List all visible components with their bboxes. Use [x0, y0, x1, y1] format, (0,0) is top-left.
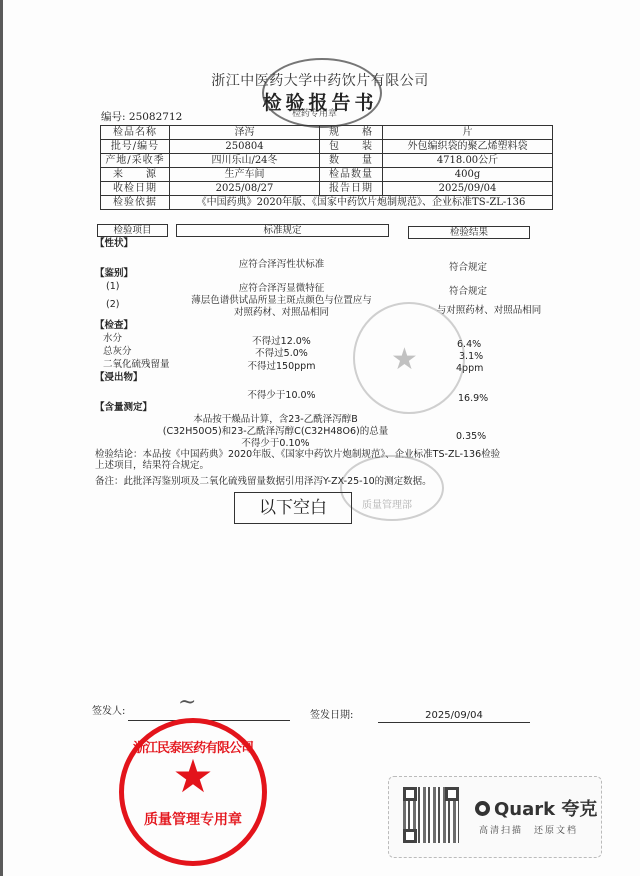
info-label: 检品名称: [101, 126, 170, 140]
assay-standard: 不得少于0.10%: [150, 438, 401, 449]
info-label: 收检日期: [101, 182, 170, 196]
section-identification: 【鉴别】: [95, 268, 133, 279]
sample-info-table: 检品名称 泽泻 规 格 片 批号/编号 250804 包 装 外包编织袋的聚乙烯…: [100, 125, 553, 210]
assay-result: 0.35%: [456, 431, 486, 442]
quark-logo: Quark 夸克: [475, 795, 597, 821]
extract-result: 16.9%: [458, 393, 488, 404]
info-value: 250804: [170, 140, 320, 154]
section-inspection: 【检查】: [95, 320, 133, 331]
qr-code: [403, 787, 459, 843]
qa-stamp-text: 质量管理部: [362, 496, 412, 511]
info-label: 检品数量: [320, 168, 383, 182]
column-header-result: 检验结果: [408, 226, 530, 239]
quark-brand: Quark 夸克: [494, 799, 597, 820]
info-label: 规 格: [320, 126, 383, 140]
info-label: 来 源: [101, 168, 170, 182]
issuer-signature: ~: [178, 690, 196, 715]
appearance-standard: 应符合泽泻性状标准: [176, 259, 387, 270]
info-label: 报告日期: [320, 182, 383, 196]
identification-standard: 薄层色谱供试品所显主斑点颜色与位置应与: [166, 295, 397, 306]
header-stamp-text: 检药专用章: [292, 106, 337, 119]
identification-no: (2): [106, 299, 119, 310]
blank-below-notice: 以下空白: [234, 492, 352, 524]
table-row: 来 源 生产车间 检品数量 400g: [101, 168, 553, 182]
issuer-label: 签发人:: [92, 706, 125, 717]
quark-watermark: Quark 夸克 高清扫描 还原文档: [388, 776, 602, 858]
stamp-star-icon: ★: [391, 342, 418, 377]
info-label: 检验依据: [101, 196, 170, 210]
assay-standard: (C32H50O5)和23-乙酰泽泻醇C(C32H48O6)的总量: [150, 426, 401, 437]
column-header-standard: 标准规定: [176, 224, 389, 237]
quark-logo-icon: [475, 801, 490, 816]
identification-standard: 应符合泽泻显微特征: [176, 283, 387, 294]
appearance-result: 符合规定: [408, 262, 528, 273]
info-value: 片: [383, 126, 553, 140]
info-label: 数 量: [320, 154, 383, 168]
table-row: 检品名称 泽泻 规 格 片: [101, 126, 553, 140]
table-row: 收检日期 2025/08/27 报告日期 2025/09/04: [101, 182, 553, 196]
table-row: 检验依据 《中国药典》2020年版、《国家中药饮片炮制规范》、企业标准TS-ZL…: [101, 196, 553, 210]
identification-standard: 对照药材、对照品相同: [166, 307, 397, 318]
conclusion: 检验结论：本品按《中国药典》2020年版、《国家中药饮片炮制规范》、企业标准TS…: [95, 449, 500, 460]
seal-star-icon: ★: [124, 751, 262, 801]
table-row: 批号/编号 250804 包 装 外包编织袋的聚乙烯塑料袋: [101, 140, 553, 154]
scan-edge: [0, 0, 3, 876]
conclusion: 上述项目，结果符合规定。: [95, 460, 209, 471]
report-number: 编号: 25082712: [101, 109, 182, 124]
section-appearance: 【性状】: [95, 238, 133, 249]
info-value: 四川乐山/24冬: [170, 154, 320, 168]
info-label: 包 装: [320, 140, 383, 154]
extract-standard: 不得少于10.0%: [176, 390, 387, 401]
table-row: 产地/采收季 四川乐山/24冬 数 量 4718.00公斤: [101, 154, 553, 168]
info-value: 《中国药典》2020年版、《国家中药饮片炮制规范》、企业标准TS-ZL-136: [170, 196, 553, 210]
report-number-value: 25082712: [129, 111, 182, 123]
inspection-item-name: 水分: [103, 333, 122, 344]
info-value: 泽泻: [170, 126, 320, 140]
seal-purpose: 质量管理专用章: [124, 809, 262, 829]
section-assay: 【含量测定】: [95, 402, 152, 413]
info-label: 产地/采收季: [101, 154, 170, 168]
info-value: 2025/08/27: [170, 182, 320, 196]
inspection-item-name: 二氧化硫残留量: [103, 359, 170, 370]
issue-date-label: 签发日期:: [310, 710, 353, 721]
quality-seal: 浙江民泰医药有限公司 ★ 质量管理专用章: [119, 718, 267, 866]
quark-tagline: 高清扫描 还原文档: [479, 823, 578, 836]
issue-date-value: 2025/09/04: [378, 710, 530, 721]
inspection-item-name: 总灰分: [103, 346, 132, 357]
identification-result: 符合规定: [408, 286, 528, 297]
qa-stamp: [340, 455, 444, 521]
assay-standard: 本品按干燥品计算，含23-乙酰泽泻醇B: [150, 414, 401, 425]
info-label: 批号/编号: [101, 140, 170, 154]
info-value: 外包编织袋的聚乙烯塑料袋: [383, 140, 553, 154]
identification-no: (1): [106, 281, 119, 292]
issue-date-line: [378, 722, 530, 723]
info-value: 2025/09/04: [383, 182, 553, 196]
column-header-item: 检验项目: [97, 224, 168, 237]
info-value: 400g: [383, 168, 553, 182]
info-value: 4718.00公斤: [383, 154, 553, 168]
report-number-label: 编号:: [101, 111, 126, 123]
section-extract: 【浸出物】: [95, 372, 143, 383]
info-value: 生产车间: [170, 168, 320, 182]
